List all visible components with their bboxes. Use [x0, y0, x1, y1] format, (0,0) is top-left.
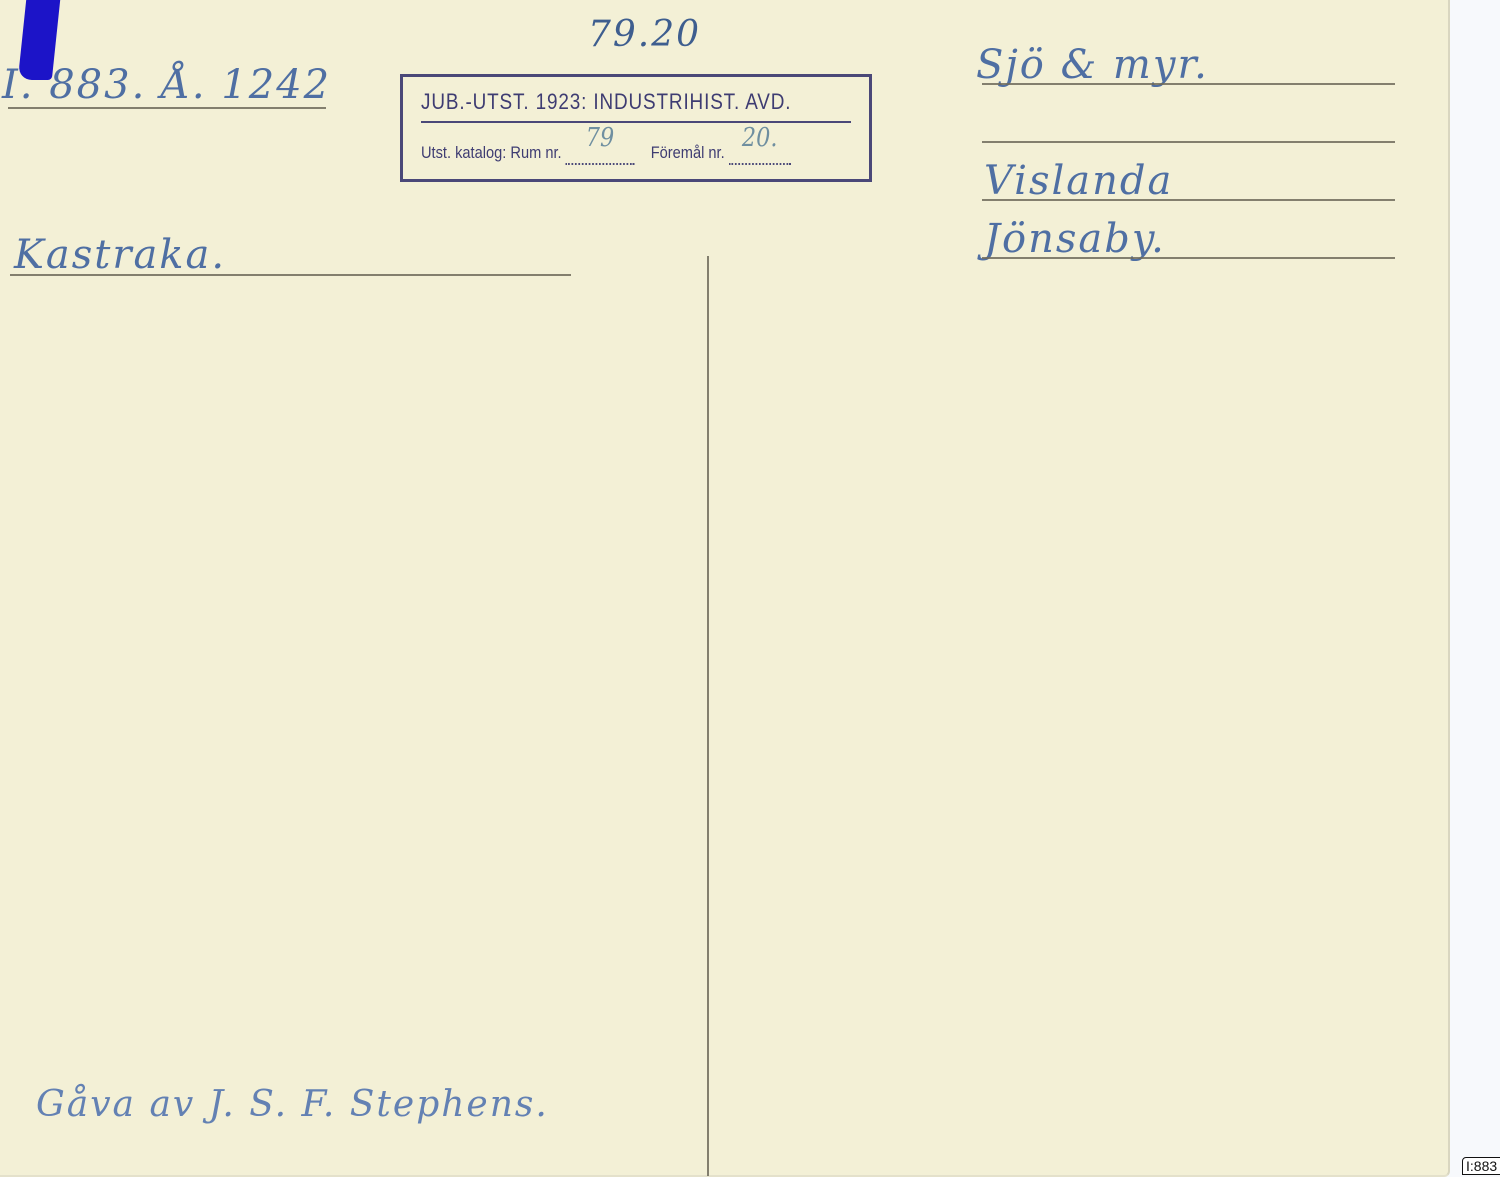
inventory-number: I. 883. Å. 1242	[2, 62, 331, 108]
column-divider	[707, 256, 709, 1176]
archive-corner-label: I:883	[1462, 1157, 1500, 1175]
stamp-item-label: Föremål nr.	[651, 143, 725, 162]
stamp-item-number: 20.	[729, 123, 791, 153]
catalog-card: I. 883. Å. 1242 79.20 JUB.-UTST. 1923: I…	[0, 0, 1450, 1177]
right-rule-4	[982, 257, 1395, 259]
stamp-title: JUB.-UTST. 1923: INDUSTRIHIST. AVD.	[421, 89, 791, 115]
right-rule-1	[982, 83, 1395, 85]
stamp-room-number: 79	[566, 123, 635, 153]
exhibition-stamp: JUB.-UTST. 1923: INDUSTRIHIST. AVD. Utst…	[400, 74, 872, 182]
location-line-1: Sjö & myr.	[976, 42, 1209, 88]
right-rule-3	[982, 199, 1395, 201]
stamp-catalog-line: Utst. katalog: Rum nr. 79 Föremål nr. 20…	[421, 143, 791, 165]
object-name-underline	[10, 274, 571, 276]
catalog-reference: 79.20	[588, 14, 701, 55]
right-rule-2	[982, 141, 1395, 143]
donor-note: Gåva av J. S. F. Stephens.	[36, 1084, 549, 1125]
stamp-item-field: 20.	[729, 143, 791, 165]
location-line-4: Jönsaby.	[984, 216, 1166, 262]
stamp-room-field: 79	[566, 143, 635, 165]
stamp-room-label: Utst. katalog: Rum nr.	[421, 143, 562, 162]
location-line-3: Vislanda	[984, 158, 1173, 204]
inventory-underline	[8, 107, 326, 109]
object-name: Kastraka.	[14, 232, 226, 278]
